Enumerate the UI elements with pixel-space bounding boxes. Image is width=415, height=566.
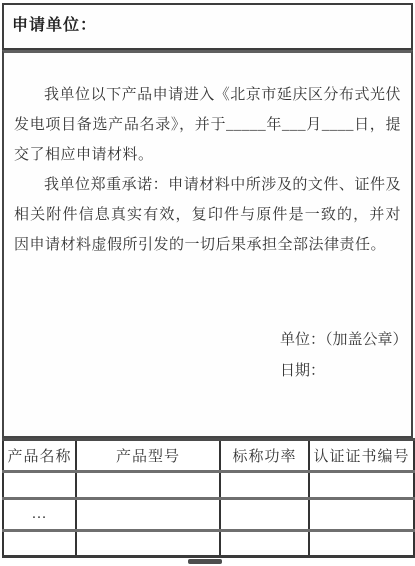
table-row bbox=[3, 472, 414, 499]
table-row bbox=[3, 531, 414, 557]
applicant-unit-title-box: 申请单位： bbox=[2, 3, 413, 50]
cell-rated-power bbox=[220, 531, 309, 557]
scan-artifact bbox=[188, 559, 222, 564]
declaration-paragraph-commitment: 我单位郑重承诺：申请材料中所涉及的文件、证件及相关附件信息真实有效，复印件与原件… bbox=[14, 170, 401, 260]
cell-product-name bbox=[3, 531, 76, 557]
cell-certificate-number bbox=[309, 499, 414, 531]
declaration-box: 我单位以下产品申请进入《北京市延庆区分布式光伏发电项目备选产品名录》，并于___… bbox=[2, 50, 413, 438]
product-table-header-row: 产品名称 产品型号 标称功率 认证证书编号 bbox=[3, 440, 414, 472]
cell-product-name-ellipsis: … bbox=[3, 499, 76, 531]
cell-product-model bbox=[76, 472, 220, 499]
table-row: … bbox=[3, 499, 414, 531]
signature-block: 单位：（加盖公章） 日期： bbox=[280, 325, 408, 387]
signature-date-label: 日期： bbox=[280, 356, 408, 386]
applicant-unit-title: 申请单位： bbox=[4, 5, 411, 35]
cell-product-model bbox=[76, 531, 220, 557]
cell-product-name bbox=[3, 472, 76, 499]
declaration-paragraph-application: 我单位以下产品申请进入《北京市延庆区分布式光伏发电项目备选产品名录》，并于___… bbox=[14, 80, 401, 170]
header-product-model: 产品型号 bbox=[76, 440, 220, 472]
cell-product-model bbox=[76, 499, 220, 531]
product-table: 产品名称 产品型号 标称功率 认证证书编号 … bbox=[2, 438, 415, 558]
header-product-name: 产品名称 bbox=[3, 440, 76, 472]
header-certificate-number: 认证证书编号 bbox=[309, 440, 414, 472]
signature-unit-label: 单位：（加盖公章） bbox=[280, 325, 408, 355]
header-rated-power: 标称功率 bbox=[220, 440, 309, 472]
cell-rated-power bbox=[220, 499, 309, 531]
cell-certificate-number bbox=[309, 472, 414, 499]
cell-rated-power bbox=[220, 472, 309, 499]
cell-certificate-number bbox=[309, 531, 414, 557]
